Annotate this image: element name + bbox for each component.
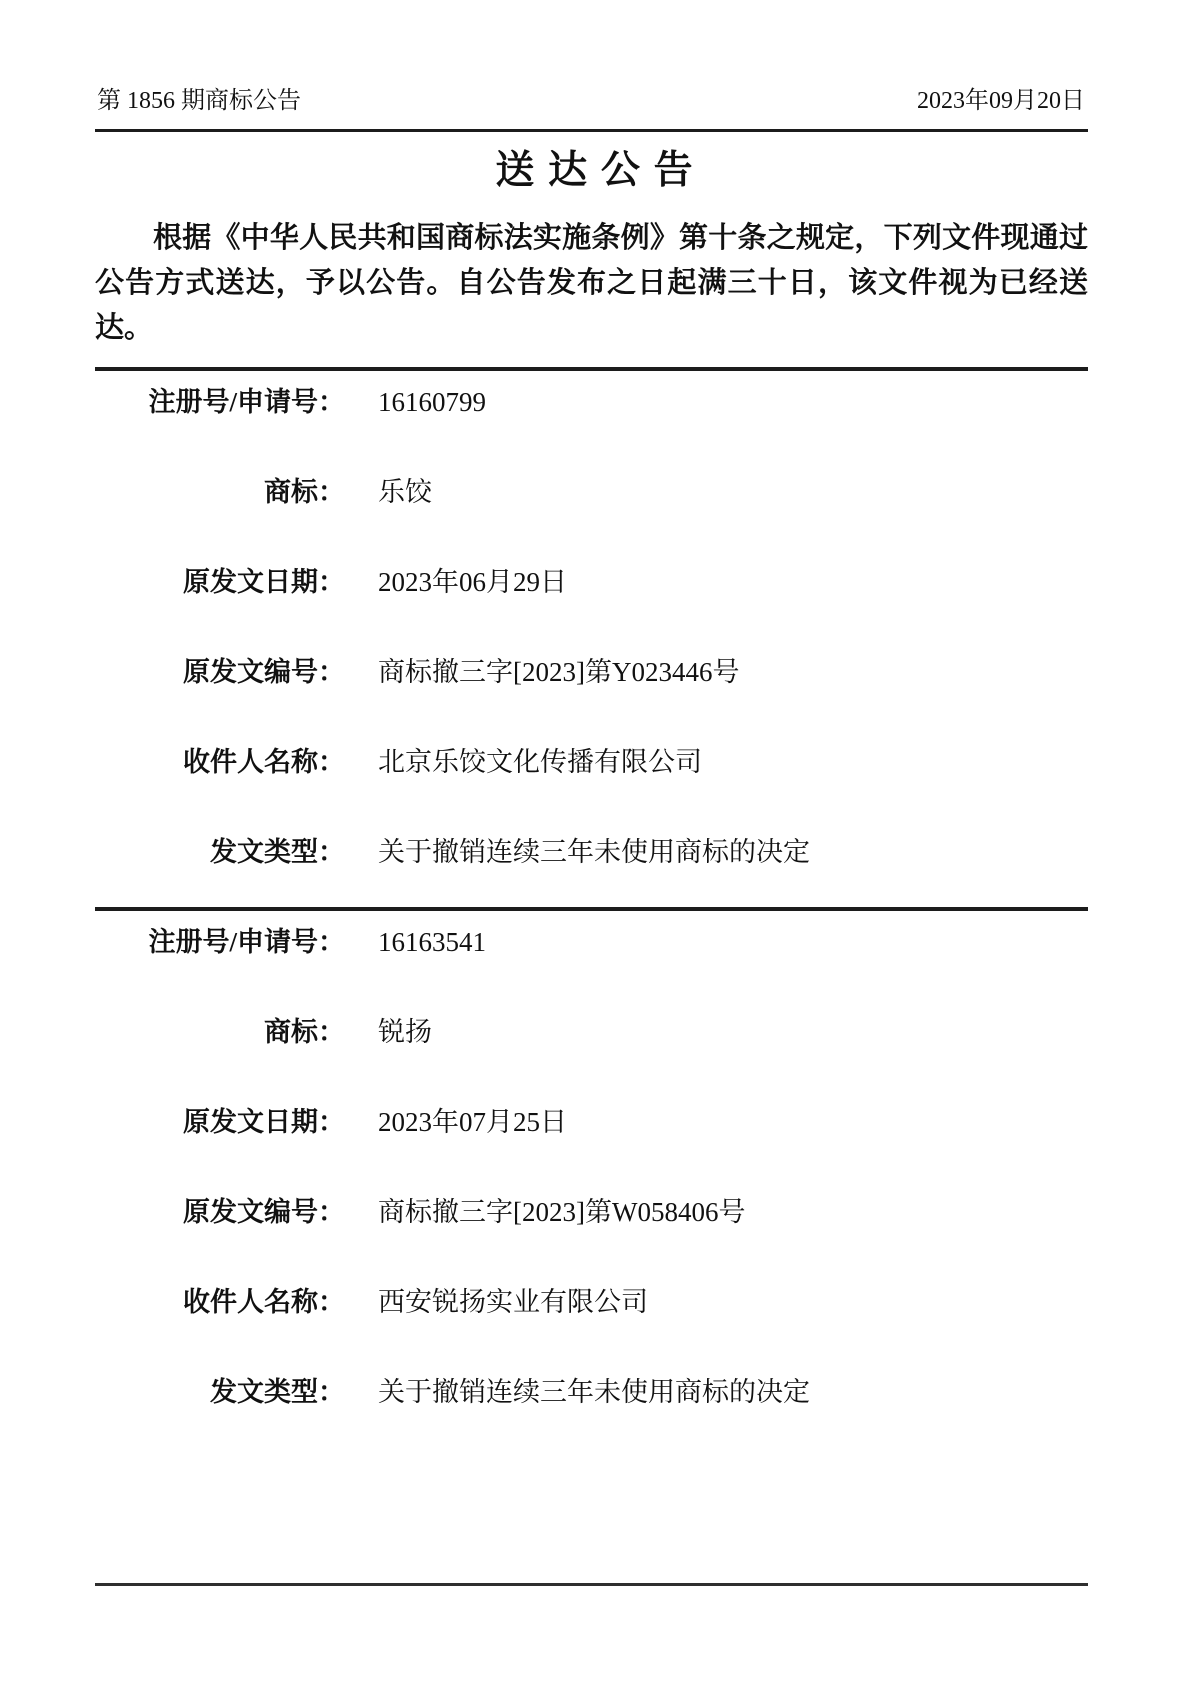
record-field-row: 注册号/申请号：16163541 (95, 911, 1088, 1001)
field-value: 锐扬 (378, 1017, 432, 1047)
field-value: 乐饺 (378, 477, 432, 507)
field-value: 商标撤三字[2023]第Y023446号 (378, 657, 739, 687)
record-field-row: 发文类型：关于撤销连续三年未使用商标的决定 (95, 1361, 1088, 1451)
field-label: 原发文日期： (95, 1107, 345, 1137)
field-label: 商标： (95, 1017, 345, 1047)
record-field-row: 原发文编号：商标撤三字[2023]第Y023446号 (95, 641, 1088, 731)
record-field-row: 商标：乐饺 (95, 461, 1088, 551)
field-value: 16160799 (378, 387, 486, 417)
field-value: 2023年07月25日 (378, 1107, 567, 1137)
field-value: 16163541 (378, 927, 486, 957)
record-block-1: 注册号/申请号：16160799商标：乐饺原发文日期：2023年06月29日原发… (95, 371, 1088, 911)
field-label: 原发文日期： (95, 567, 345, 597)
record-field-row: 收件人名称：北京乐饺文化传播有限公司 (95, 731, 1088, 821)
publication-date: 2023年09月20日 (917, 86, 1085, 116)
header-divider-line (95, 129, 1088, 132)
record-field-row: 商标：锐扬 (95, 1001, 1088, 1091)
field-label: 注册号/申请号： (95, 387, 345, 417)
field-label: 注册号/申请号： (95, 927, 345, 957)
intro-paragraph: 根据《中华人民共和国商标法实施条例》第十条之规定，下列文件现通过公告方式送达，予… (95, 216, 1088, 351)
field-value: 2023年06月29日 (378, 567, 567, 597)
gazette-page: 第 1856 期商标公告 2023年09月20日 送 达 公 告 根据《中华人民… (0, 0, 1190, 1684)
page-header: 第 1856 期商标公告 2023年09月20日 (97, 86, 1085, 116)
bottom-divider-line (95, 1583, 1088, 1586)
record-field-row: 收件人名称：西安锐扬实业有限公司 (95, 1271, 1088, 1361)
field-value: 关于撤销连续三年未使用商标的决定 (378, 1377, 810, 1407)
field-label: 收件人名称： (95, 1287, 345, 1317)
field-label: 原发文编号： (95, 1197, 345, 1227)
record-field-row: 发文类型：关于撤销连续三年未使用商标的决定 (95, 821, 1088, 911)
record-field-row: 原发文日期：2023年06月29日 (95, 551, 1088, 641)
field-value: 商标撤三字[2023]第W058406号 (378, 1197, 745, 1227)
field-label: 商标： (95, 477, 345, 507)
gazette-issue-label: 第 1856 期商标公告 (97, 86, 301, 116)
field-label: 原发文编号： (95, 657, 345, 687)
record-field-row: 原发文编号：商标撤三字[2023]第W058406号 (95, 1181, 1088, 1271)
field-value: 关于撤销连续三年未使用商标的决定 (378, 837, 810, 867)
field-label: 发文类型： (95, 837, 345, 867)
field-label: 发文类型： (95, 1377, 345, 1407)
field-value: 西安锐扬实业有限公司 (378, 1287, 648, 1317)
record-field-row: 原发文日期：2023年07月25日 (95, 1091, 1088, 1181)
page-title: 送 达 公 告 (0, 146, 1190, 196)
record-block-2: 注册号/申请号：16163541商标：锐扬原发文日期：2023年07月25日原发… (95, 911, 1088, 1451)
field-value: 北京乐饺文化传播有限公司 (378, 747, 702, 777)
field-label: 收件人名称： (95, 747, 345, 777)
record-field-row: 注册号/申请号：16160799 (95, 371, 1088, 461)
